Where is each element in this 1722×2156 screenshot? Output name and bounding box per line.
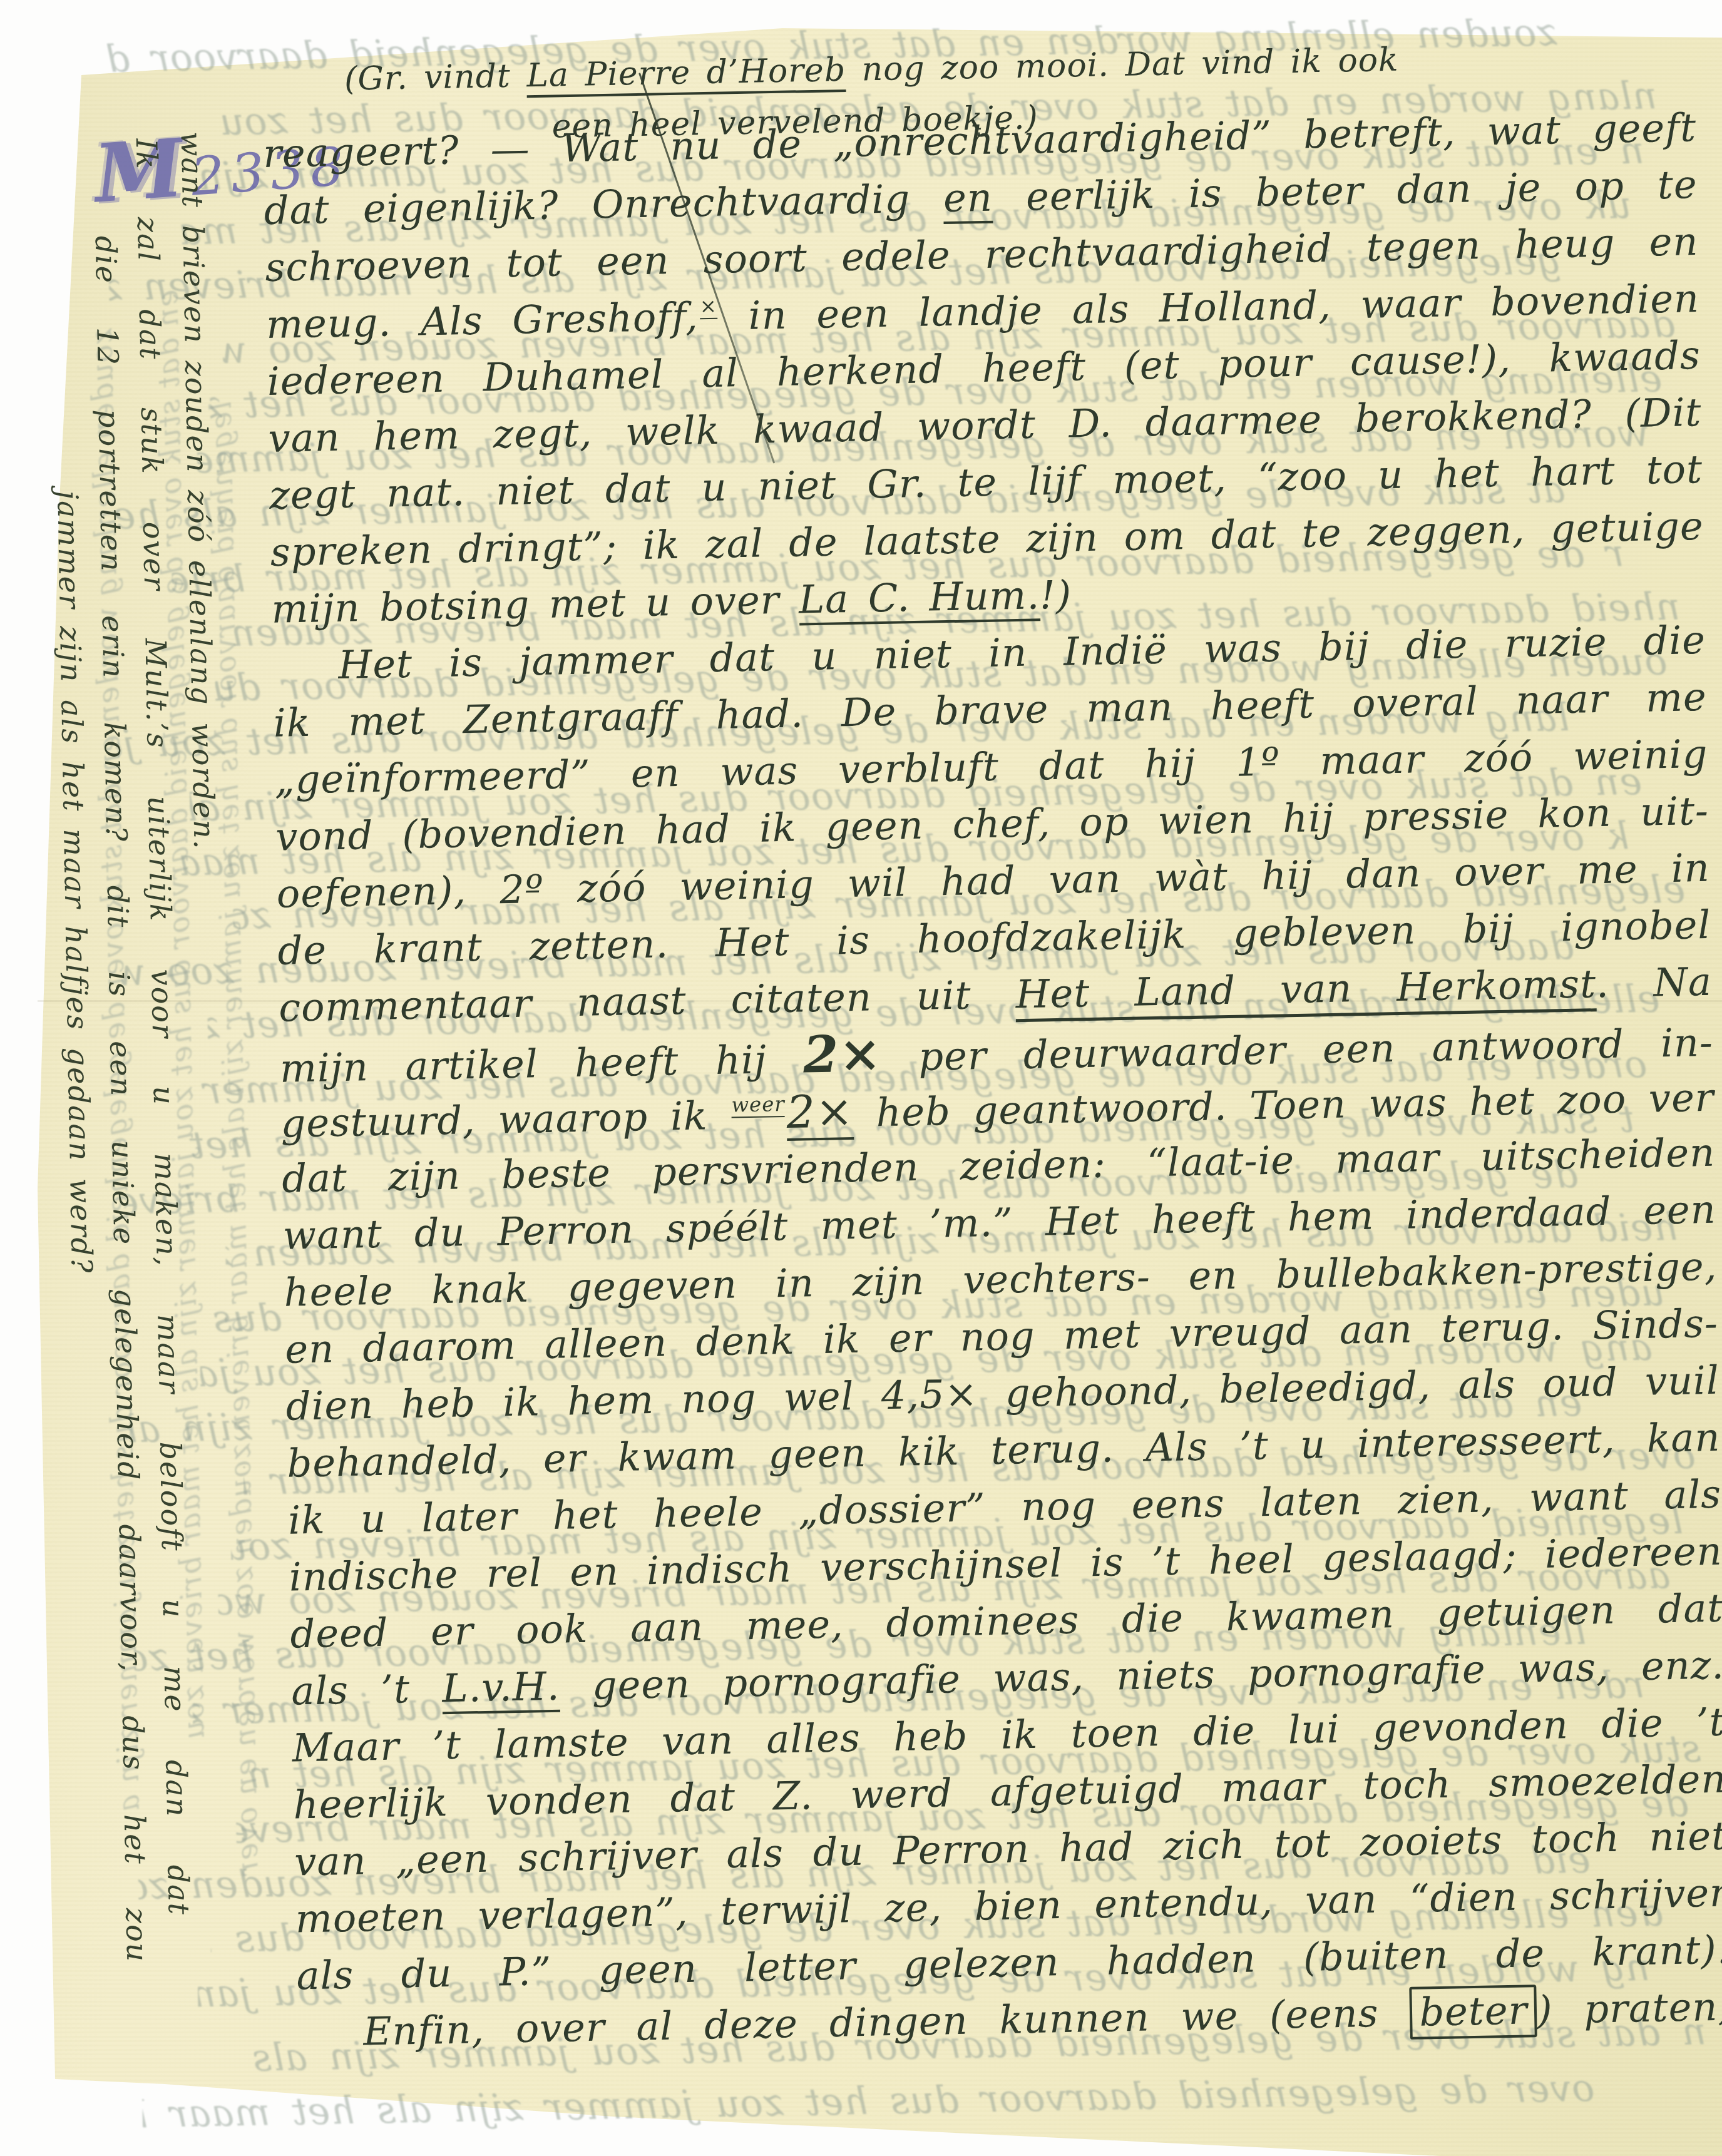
scan-canvas: zouden ellenlang worden en dat stuk over… — [0, 0, 1722, 2156]
ink-mark-u: La Pierre d’Horeb — [526, 51, 846, 98]
ink-mark-uu: Het Land van Herkomst — [1015, 961, 1597, 1022]
ink-mark-box: beter — [1410, 1985, 1537, 2040]
ink-mark-u: en — [943, 175, 993, 224]
ink-mark-sup: × — [700, 294, 718, 319]
letter-body: reageert? — Wat nu de „onrechtvaardighei… — [262, 99, 1722, 2061]
showthrough-row: over de gelegenheid daarvoor dus het zou… — [142, 2067, 1595, 2137]
ink-mark-u: La C. Hum. — [798, 572, 1040, 625]
ink-mark-ub: 2× — [786, 1085, 854, 1141]
ink-mark-u: L.v.H. — [442, 1663, 560, 1714]
ink-mark-sup: weer — [731, 1092, 785, 1118]
ink-mark-big: 2× — [802, 1024, 882, 1085]
margin-note-line: want brieven zouden zóó ellenlang worden… — [173, 131, 222, 764]
margin-note: want brieven zouden zóó ellenlang worden… — [0, 0, 1719, 5]
fold-crease — [38, 1000, 1722, 1002]
page-content: zouden ellenlang worden en dat stuk over… — [0, 0, 1722, 2156]
